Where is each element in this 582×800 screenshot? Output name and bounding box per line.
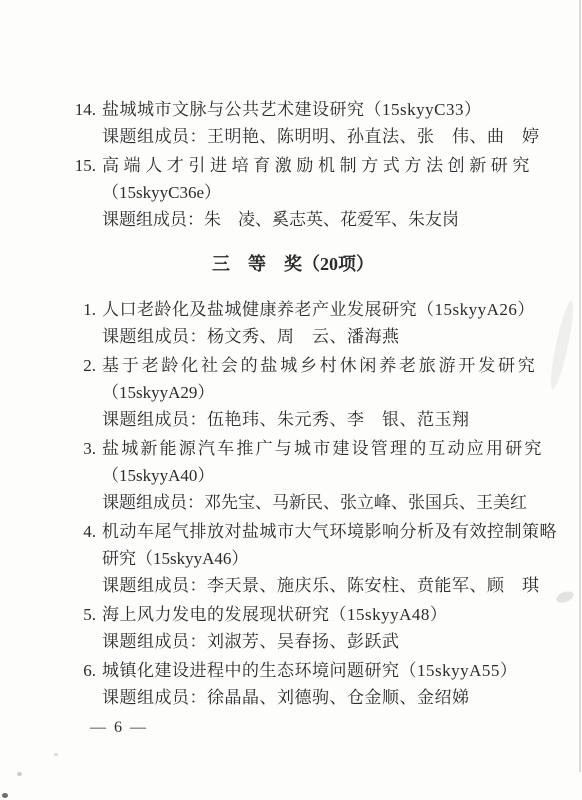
list-item: 4.机动车尾气排放对盐城市大气环境影响分析及有效控制策略 研究（15skyyA4… [60,518,526,599]
document-content: 14.盐城城市文脉与公共艺术建设研究（15skyyC33） 课题组成员：王明艳、… [60,96,526,737]
item-title-continuation: （15skyyC36e） [102,179,526,206]
item-number: 15. [60,152,96,179]
item-title: 高端人才引进培育激励机制方式方法创新研究 [102,152,534,179]
item-title: 城镇化建设进程中的生态环境问题研究（15skyyA55） [102,657,517,684]
item-title: 基于老龄化社会的盐城乡村休闲养老旅游开发研究 [102,352,538,379]
scan-smudge [547,300,577,391]
item-number: 2. [60,352,96,379]
item-members-line: 课题组成员：王明艳、陈明明、孙直法、张 伟、曲 婷 [102,123,526,150]
scan-speck [54,753,58,756]
scan-speck [2,793,8,798]
item-title-line: 6.城镇化建设进程中的生态环境问题研究（15skyyA55） [60,657,526,684]
item-title-line: 4.机动车尾气排放对盐城市大气环境影响分析及有效控制策略 [60,518,526,545]
scan-edge-line [579,0,581,772]
item-number: 4. [60,518,96,545]
item-title-line: 5.海上风力发电的发展现状研究（15skyyA48） [60,601,526,628]
item-number: 3. [60,435,96,462]
scan-smudge [555,589,575,605]
scan-speck [17,772,22,776]
item-number: 6. [60,657,96,684]
list-item: 3.盐城新能源汽车推广与城市建设管理的互动应用研究 （15skyyA40） 课题… [60,435,526,516]
item-title-line: 2.基于老龄化社会的盐城乡村休闲养老旅游开发研究 [60,352,526,379]
item-title-line: 14.盐城城市文脉与公共艺术建设研究（15skyyC33） [60,96,526,123]
item-number: 5. [60,601,96,628]
list-item: 6.城镇化建设进程中的生态环境问题研究（15skyyA55） 课题组成员：徐晶晶… [60,657,526,711]
item-members-line: 课题组成员：徐晶晶、刘德驹、仓金顺、金绍娣 [102,684,526,711]
item-members-line: 课题组成员：伍艳玮、朱元秀、李 银、范玉翔 [102,406,526,433]
list-item: 14.盐城城市文脉与公共艺术建设研究（15skyyC33） 课题组成员：王明艳、… [60,96,526,150]
page-number: — 6 — [90,719,526,737]
item-title-line: 15.高端人才引进培育激励机制方式方法创新研究 [60,152,526,179]
item-title-line: 3.盐城新能源汽车推广与城市建设管理的互动应用研究 [60,435,526,462]
list-item: 5.海上风力发电的发展现状研究（15skyyA48） 课题组成员：刘淑芳、吴春扬… [60,601,526,655]
item-number: 1. [60,296,96,323]
item-title: 盐城城市文脉与公共艺术建设研究（15skyyC33） [102,96,481,123]
item-title: 机动车尾气排放对盐城市大气环境影响分析及有效控制策略 [102,518,557,545]
item-title-continuation: （15skyyA29） [102,379,526,406]
item-members-line: 课题组成员：邓先宝、马新民、张立峰、张国兵、王美红 [102,489,526,516]
list-item: 2.基于老龄化社会的盐城乡村休闲养老旅游开发研究 （15skyyA29） 课题组… [60,352,526,433]
item-title-continuation: 研究（15skyyA46） [102,545,526,572]
list-item: 15.高端人才引进培育激励机制方式方法创新研究 （15skyyC36e） 课题组… [60,152,526,233]
section-heading: 三 等 奖（20项） [60,251,526,278]
item-members-line: 课题组成员：刘淑芳、吴春扬、彭跃武 [102,628,526,655]
item-members-line: 课题组成员：李天景、施庆乐、陈安柱、贲能军、顾 琪 [102,572,526,599]
item-title: 盐城新能源汽车推广与城市建设管理的互动应用研究 [102,435,544,462]
item-number: 14. [60,96,96,123]
item-members-line: 课题组成员：杨文秀、周 云、潘海燕 [102,323,526,350]
item-title: 人口老龄化及盐城健康养老产业发展研究（15skyyA26） [102,296,535,323]
scanned-document-page: 14.盐城城市文脉与公共艺术建设研究（15skyyC33） 课题组成员：王明艳、… [0,0,582,800]
list-item: 1.人口老龄化及盐城健康养老产业发展研究（15skyyA26） 课题组成员：杨文… [60,296,526,350]
item-members-line: 课题组成员：朱 凌、奚志英、花爱军、朱友岗 [102,206,526,233]
item-title: 海上风力发电的发展现状研究（15skyyA48） [102,601,447,628]
item-title-continuation: （15skyyA40） [102,462,526,489]
item-title-line: 1.人口老龄化及盐城健康养老产业发展研究（15skyyA26） [60,296,526,323]
